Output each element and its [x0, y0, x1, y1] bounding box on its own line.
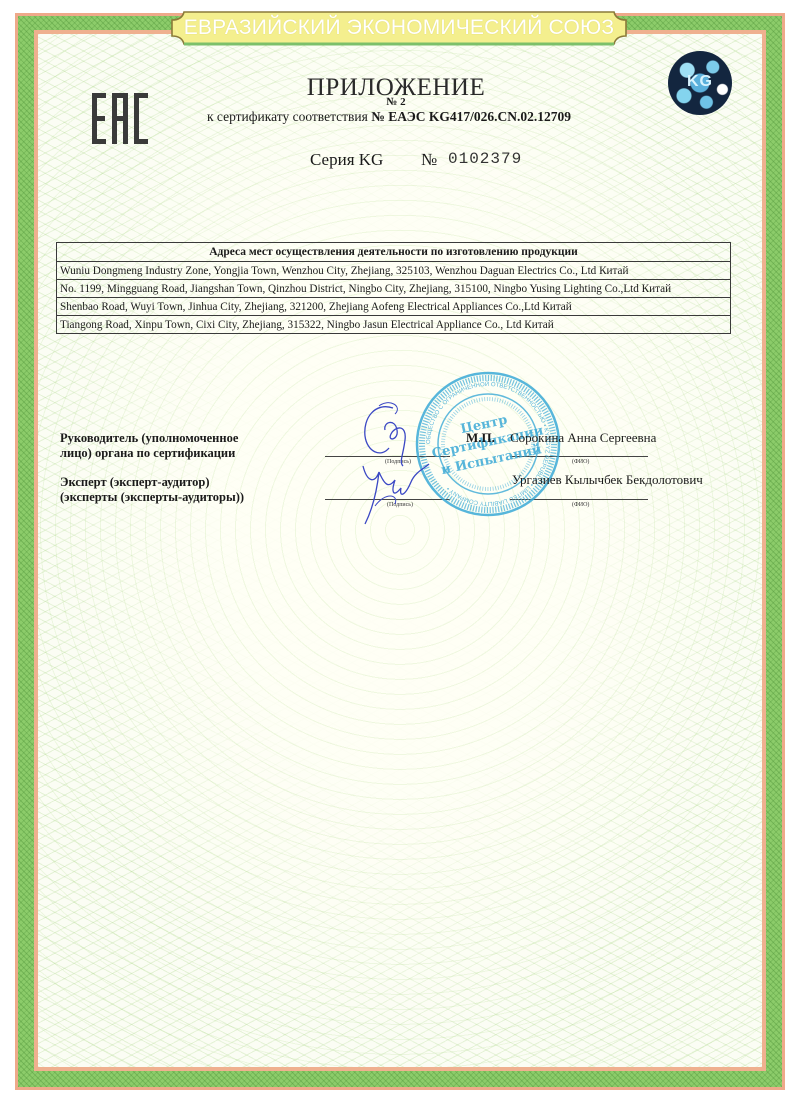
banner-title: ЕВРАЗИЙСКИЙ ЭКОНОМИЧЕСКИЙ СОЮЗ	[170, 10, 628, 46]
head-name-caption: (ФИО)	[572, 459, 589, 465]
production-addresses-table: Адреса мест осуществления деятельности п…	[56, 242, 731, 334]
expert-handwritten-signature-icon	[355, 462, 435, 532]
head-label-line2: лицо) органа по сертификации	[60, 446, 238, 461]
certificate-number: № ЕАЭС KG417/026.CN.02.12709	[371, 109, 571, 124]
appendix-number: № 2	[0, 96, 792, 108]
seal-place-label: М.П.	[466, 430, 495, 446]
address-cell: Tiangong Road, Xinpu Town, Cixi City, Zh…	[57, 316, 731, 334]
table-row: Wuniu Dongmeng Industry Zone, Yongjia To…	[57, 262, 731, 280]
address-cell: No. 1199, Mingguang Road, Jiangshan Town…	[57, 280, 731, 298]
table-row: Tiangong Road, Xinpu Town, Cixi City, Zh…	[57, 316, 731, 334]
head-handwritten-signature-icon	[355, 400, 425, 470]
table-row: Shenbao Road, Wuyi Town, Jinhua City, Zh…	[57, 298, 731, 316]
series-number: 0102379	[448, 150, 522, 168]
address-cell: Shenbao Road, Wuyi Town, Jinhua City, Zh…	[57, 298, 731, 316]
series-label: Серия KG	[310, 150, 383, 170]
guilloche-background	[38, 34, 762, 1067]
certificate-reference-prefix: к сертификату соответствия	[207, 109, 368, 124]
expert-name: Ургазиев Кылычбек Бекдолотович	[512, 472, 703, 488]
expert-auditor-label: Эксперт (эксперт-аудитор) (эксперты (экс…	[60, 475, 244, 505]
expert-label-line2: (эксперты (эксперты-аудиторы))	[60, 490, 244, 505]
table-header: Адреса мест осуществления деятельности п…	[57, 243, 731, 262]
expert-name-caption: (ФИО)	[572, 502, 589, 508]
table-row: No. 1199, Mingguang Road, Jiangshan Town…	[57, 280, 731, 298]
expert-label-line1: Эксперт (эксперт-аудитор)	[60, 475, 244, 490]
head-name: Сорокина Анна Сергеевна	[510, 430, 656, 446]
head-label-line1: Руководитель (уполномоченное	[60, 431, 238, 446]
header-banner: ЕВРАЗИЙСКИЙ ЭКОНОМИЧЕСКИЙ СОЮЗ	[170, 10, 628, 46]
certificate-reference: к сертификату соответствия № ЕАЭС KG417/…	[207, 109, 571, 125]
series-number-sign: №	[421, 150, 437, 170]
head-of-certification-body-label: Руководитель (уполномоченное лицо) орган…	[60, 431, 238, 461]
address-cell: Wuniu Dongmeng Industry Zone, Yongjia To…	[57, 262, 731, 280]
